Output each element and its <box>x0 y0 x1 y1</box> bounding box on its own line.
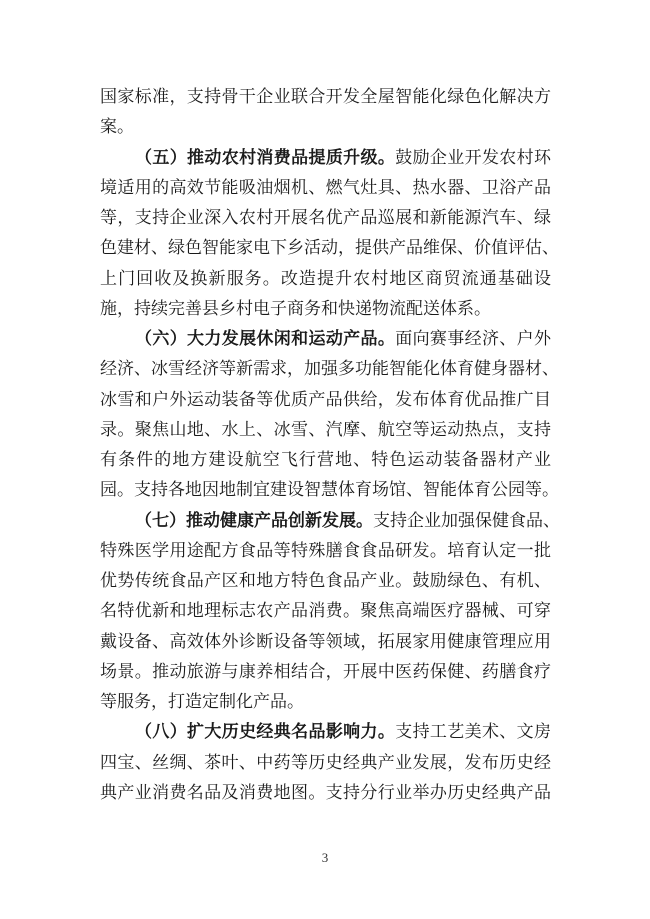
text-line: 四宝、丝绸、茶叶、中药等历史经典产业发展，发布历史经 <box>100 748 551 778</box>
body-text: 国家标准，支持骨干企业联合开发全屋智能化绿色化解决方 案。 （五）推动农村消费品… <box>100 82 551 808</box>
text-line: 经济、冰雪经济等新需求，加强多功能智能化体育健身器材、 <box>100 354 551 384</box>
text-span: 鼓励企业开发农村环 <box>395 148 551 168</box>
text-line: 色建材、绿色智能家电下乡活动，提供产品维保、价值评估、 <box>100 233 551 263</box>
section-heading-5: （五）推动农村消费品提质升级。 <box>135 148 395 168</box>
text-span: 支持工艺美术、文房 <box>395 722 551 742</box>
text-line: 录。聚焦山地、水上、冰雪、汽摩、航空等运动热点，支持 <box>100 415 551 445</box>
text-span: 面向赛事经济、户外 <box>395 329 551 349</box>
section-heading-line-8: （八）扩大历史经典名品影响力。支持工艺美术、文房 <box>100 717 551 747</box>
text-line: 国家标准，支持骨干企业联合开发全屋智能化绿色化解决方 <box>100 82 551 112</box>
document-page: 国家标准，支持骨干企业联合开发全屋智能化绿色化解决方 案。 （五）推动农村消费品… <box>0 0 650 919</box>
text-line: 名特优新和地理标志农产品消费。聚焦高端医疗器械、可穿 <box>100 596 551 626</box>
text-line: 园。支持各地因地制宜建设智慧体育场馆、智能体育公园等。 <box>100 475 551 505</box>
text-line: 典产业消费名品及消费地图。支持分行业举办历史经典产品 <box>100 778 551 808</box>
text-line: 施，持续完善县乡村电子商务和快递物流配送体系。 <box>100 294 551 324</box>
text-line: 案。 <box>100 112 551 142</box>
section-heading-6: （六）大力发展休闲和运动产品。 <box>135 329 395 349</box>
page-number: 3 <box>300 850 350 866</box>
text-line: 等服务，打造定制化产品。 <box>100 687 551 717</box>
text-line: 戴设备、高效体外诊断设备等领域，拓展家用健康管理应用 <box>100 627 551 657</box>
section-heading-line-6: （六）大力发展休闲和运动产品。面向赛事经济、户外 <box>100 324 551 354</box>
text-line: 境适用的高效节能吸油烟机、燃气灶具、热水器、卫浴产品 <box>100 173 551 203</box>
text-line: 有条件的地方建设航空飞行营地、特色运动装备器材产业 <box>100 445 551 475</box>
section-heading-line-5: （五）推动农村消费品提质升级。鼓励企业开发农村环 <box>100 143 551 173</box>
text-line: 特殊医学用途配方食品等特殊膳食食品研发。培育认定一批 <box>100 536 551 566</box>
text-line: 等，支持企业深入农村开展名优产品巡展和新能源汽车、绿 <box>100 203 551 233</box>
text-line: 优势传统食品产区和地方特色食品产业。鼓励绿色、有机、 <box>100 566 551 596</box>
text-span: 支持企业加强保健食品、 <box>373 511 560 531</box>
text-line: 上门回收及换新服务。改造提升农村地区商贸流通基础设 <box>100 264 551 294</box>
section-heading-line-7: （七）推动健康产品创新发展。支持企业加强保健食品、 <box>100 506 551 536</box>
text-line: 冰雪和户外运动装备等优质产品供给，发布体育优品推广目 <box>100 385 551 415</box>
section-heading-7: （七）推动健康产品创新发展。 <box>135 511 373 531</box>
text-line: 场景。推动旅游与康养相结合，开展中医药保健、药膳食疗 <box>100 657 551 687</box>
section-heading-8: （八）扩大历史经典名品影响力。 <box>135 722 395 742</box>
